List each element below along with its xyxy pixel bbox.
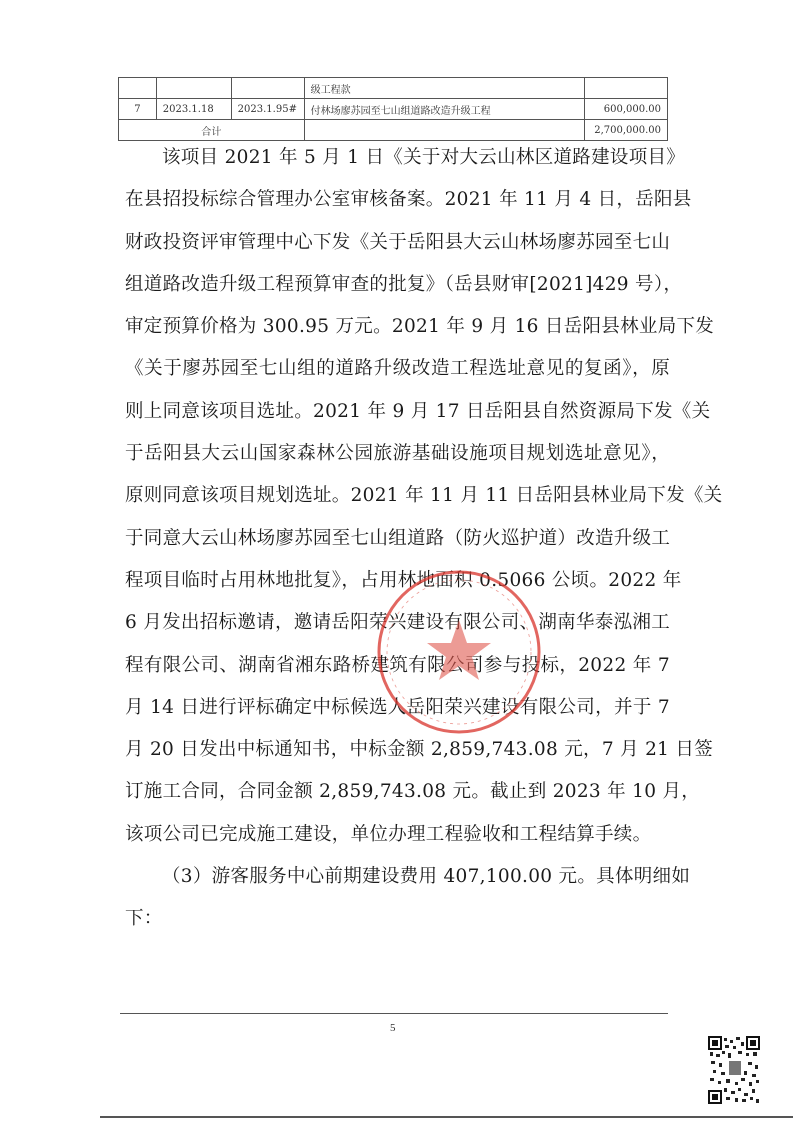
paragraph-visitor-center: （3）游客服务中心前期建设费用 407,100.00 元。具体明细如 下： — [125, 856, 670, 941]
cell-date2 — [231, 78, 304, 99]
text-line: 程有限公司、湖南省湘东路桥建筑有限公司参与投标，2022 年 7 — [125, 645, 670, 687]
text-line: 该项目 2021 年 5 月 1 日《关于对大云山林区道路建设项目》 — [125, 137, 670, 179]
cell-amount: 600,000.00 — [584, 99, 667, 120]
table-row: 级工程款 — [119, 78, 668, 99]
cell-no: 7 — [119, 99, 157, 120]
text-line: 月 20 日发出中标通知书，中标金额 2,859,743.08 元，7 月 21… — [125, 729, 670, 771]
text-line: 则上同意该项目选址。2021 年 9 月 17 日岳阳县自然资源局下发《关 — [125, 391, 670, 433]
text-line: 《关于廖苏园至七山组的道路升级改造工程选址意见的复函》，原 — [125, 348, 670, 390]
footer-divider — [120, 1013, 668, 1014]
cell-date1: 2023.1.18 — [156, 99, 231, 120]
text-line: 原则同意该项目规划选址。2021 年 11 月 11 日岳阳县林业局下发《关 — [125, 475, 670, 517]
cell-desc: 付林场廖苏园至七山组道路改造升级工程 — [304, 99, 584, 120]
cell-no — [119, 78, 157, 99]
qr-code-icon — [708, 1036, 760, 1104]
text-line: 于同意大云山林场廖苏园至七山组道路（防火巡护道）改造升级工 — [125, 518, 670, 560]
text-line: 订施工合同，合同金额 2,859,743.08 元。截止到 2023 年 10 … — [125, 771, 670, 813]
text-line: 该项公司已完成施工建设，单位办理工程验收和工程结算手续。 — [125, 814, 670, 856]
text-line: 在县招投标综合管理办公室审核备案。2021 年 11 月 4 日，岳阳县 — [125, 179, 670, 221]
text-line: 6 月发出招标邀请，邀请岳阳荣兴建设有限公司、湖南华泰泓湘工 — [125, 602, 670, 644]
paragraph-project-history: 该项目 2021 年 5 月 1 日《关于对大云山林区道路建设项目》 在县招投标… — [125, 137, 670, 856]
text-line: 下： — [125, 898, 670, 940]
text-line: 财政投资评审管理中心下发《关于岳阳县大云山林场廖苏园至七山 — [125, 222, 670, 264]
text-line: 组道路改造升级工程预算审查的批复》（岳县财审[2021]429 号）， — [125, 264, 670, 306]
payment-table: 级工程款 7 2023.1.18 2023.1.95# 付林场廖苏园至七山组道路… — [118, 77, 668, 141]
text-line: 审定预算价格为 300.95 万元。2021 年 9 月 16 日岳阳县林业局下… — [125, 306, 670, 348]
table-row: 7 2023.1.18 2023.1.95# 付林场廖苏园至七山组道路改造升级工… — [119, 99, 668, 120]
cell-desc: 级工程款 — [304, 78, 584, 99]
text-line: （3）游客服务中心前期建设费用 407,100.00 元。具体明细如 — [125, 856, 670, 898]
text-line: 于岳阳县大云山国家森林公园旅游基础设施项目规划选址意见》， — [125, 433, 670, 475]
cell-date1 — [156, 78, 231, 99]
text-line: 月 14 日进行评标确定中标候选人岳阳荣兴建设有限公司，并于 7 — [125, 687, 670, 729]
cell-amount — [584, 78, 667, 99]
page-number: 5 — [390, 1022, 396, 1034]
bottom-border — [100, 1116, 793, 1118]
text-line: 程项目临时占用林地批复》，占用林地面积 0.5066 公顷。2022 年 — [125, 560, 670, 602]
cell-date2: 2023.1.95# — [231, 99, 304, 120]
